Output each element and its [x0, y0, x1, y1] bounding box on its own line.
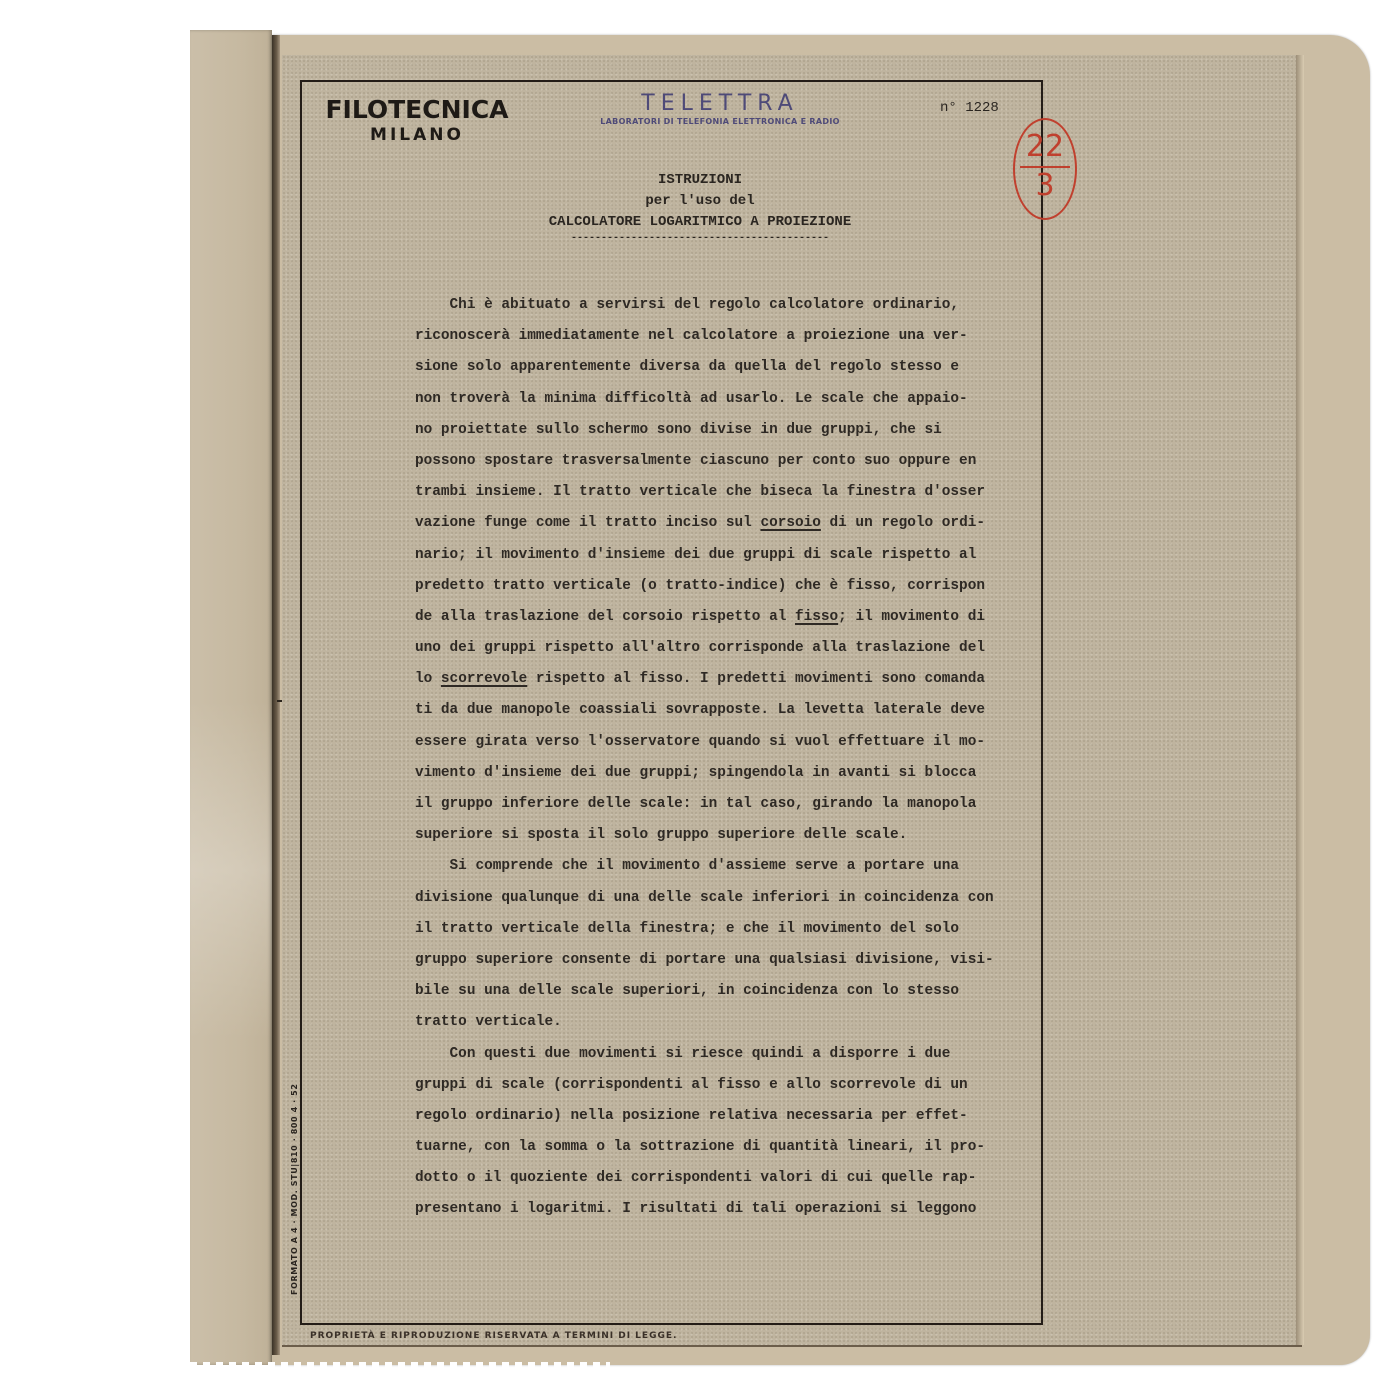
- stamp-subtitle: LABORATORI DI TELEFONIA ELETTRONICA E RA…: [570, 116, 870, 128]
- title-line-3: CALCOLATORE LOGARITMICO A PROIEZIONE: [420, 212, 980, 233]
- text-line: predetto tratto verticale (o tratto-indi…: [415, 571, 1055, 602]
- form-code-label: FORMATO A 4 · MOD. STU|810 · 800 4 · 52: [290, 1083, 299, 1295]
- text-line: il gruppo inferiore delle scale: in tal …: [415, 789, 1055, 820]
- text-line: dotto o il quoziente dei corrispondenti …: [415, 1163, 1055, 1194]
- underlined-term: fisso: [795, 609, 838, 625]
- text-line: tratto verticale.: [415, 1007, 1055, 1038]
- text-line: sione solo apparentemente diversa da que…: [415, 352, 1055, 383]
- text-line: non troverà la minima difficoltà ad usar…: [415, 384, 1055, 415]
- text-line: il tratto verticale della finestra; e ch…: [415, 914, 1055, 945]
- text-line: trambi insieme. Il tratto verticale che …: [415, 477, 1055, 508]
- letterhead-brand: FILOTECNICA MILANO: [322, 96, 512, 146]
- text-line: tuarne, con la somma o la sottrazione di…: [415, 1132, 1055, 1163]
- brand-name: FILOTECNICA: [322, 96, 512, 124]
- text-line: Si comprende che il movimento d'assieme …: [415, 851, 1055, 882]
- text-line: ti da due manopole coassiali sovrapposte…: [415, 695, 1055, 726]
- binding-spine: [272, 35, 280, 1355]
- text-line: presentano i logaritmi. I risultati di t…: [415, 1194, 1055, 1225]
- text-line: riconoscerà immediatamente nel calcolato…: [415, 321, 1055, 352]
- torn-edge: [190, 1362, 610, 1368]
- typed-body-text: Chi è abituato a servirsi del regolo cal…: [415, 290, 1055, 1226]
- brand-city: MILANO: [322, 124, 512, 146]
- frame-border-top: [300, 80, 1043, 82]
- archive-stamp-denominator: 3: [1015, 170, 1075, 202]
- underlined-term: scorrevole: [441, 671, 527, 687]
- text-line: no proiettate sullo schermo sono divise …: [415, 415, 1055, 446]
- folded-cover-flap: [190, 30, 272, 1365]
- underlined-term: corsoio: [760, 515, 820, 531]
- text-line: vazione funge come il tratto inciso sul …: [415, 508, 1055, 539]
- text-line: superiore si sposta il solo gruppo super…: [415, 820, 1055, 851]
- text-line: lo scorrevole rispetto al fisso. I prede…: [415, 664, 1055, 695]
- text-line: possono spostare trasversalmente ciascun…: [415, 446, 1055, 477]
- text-line: gruppi di scale (corrispondenti al fisso…: [415, 1070, 1055, 1101]
- sheet-edge: [1296, 55, 1304, 1345]
- text-line: nario; il movimento d'insieme dei due gr…: [415, 540, 1055, 571]
- title-line-2: per l'uso del: [420, 191, 980, 212]
- text-line: regolo ordinario) nella posizione relati…: [415, 1101, 1055, 1132]
- frame-border-bottom: [300, 1323, 1043, 1325]
- flap-crease: [190, 700, 272, 1040]
- text-line: Chi è abituato a servirsi del regolo cal…: [415, 290, 1055, 321]
- text-line: Con questi due movimenti si riesce quind…: [415, 1039, 1055, 1070]
- text-line: uno dei gruppi rispetto all'altro corris…: [415, 633, 1055, 664]
- sheet-bottom-rule: [282, 1345, 1302, 1347]
- text-line: gruppo superiore consente di portare una…: [415, 945, 1055, 976]
- text-line: vimento d'insieme dei due gruppi; spinge…: [415, 758, 1055, 789]
- document-number: n° 1228: [940, 100, 999, 116]
- title-line-1: ISTRUZIONI: [420, 170, 980, 191]
- archive-stamp: 22 3: [1013, 118, 1077, 220]
- document-title: ISTRUZIONI per l'uso del CALCOLATORE LOG…: [420, 170, 980, 245]
- title-rule: ----------------------------------------…: [420, 233, 980, 245]
- frame-border-left: [300, 80, 302, 1325]
- text-line: bile su una delle scale superiori, in co…: [415, 976, 1055, 1007]
- text-line: de alla traslazione del corsoio rispetto…: [415, 602, 1055, 633]
- text-line: essere girata verso l'osservatore quando…: [415, 727, 1055, 758]
- stamp-title: TELETTRA: [570, 92, 870, 116]
- teletrra-ink-stamp: TELETTRA LABORATORI DI TELEFONIA ELETTRO…: [570, 92, 870, 128]
- copyright-footer: PROPRIETÀ E RIPRODUZIONE RISERVATA A TER…: [310, 1331, 677, 1341]
- text-line: divisione qualunque di una delle scale i…: [415, 883, 1055, 914]
- archive-stamp-numerator: 22: [1015, 130, 1075, 164]
